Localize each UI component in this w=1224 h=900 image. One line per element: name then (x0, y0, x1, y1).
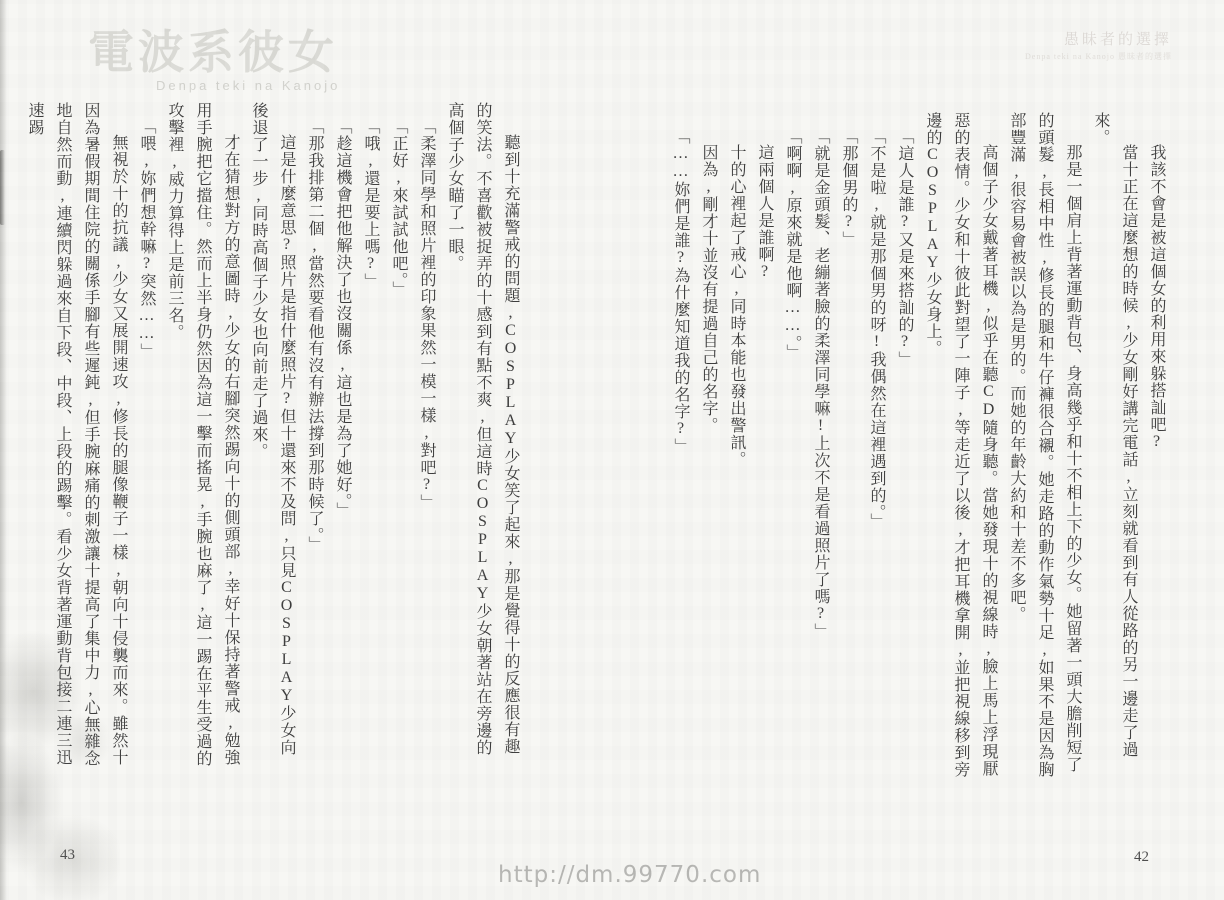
paragraph: 「就是金頭髮、老繃著臉的柔澤同學嘛!上次不是看過照片了嗎?」 (806, 112, 834, 778)
paragraph: 高個子少女戴著耳機,似乎在聽CD隨身聽。當她發現十的視線時,臉上馬上浮現厭惡的表… (918, 112, 1002, 778)
paragraph: 那是一個肩上背著運動背包、身高幾乎和十不相上下的少女。她留著一頭大膽削短了的頭髮… (1002, 112, 1086, 778)
chapter-title: 愚昧者的選擇 (1025, 28, 1172, 49)
spine-dark-mark (0, 150, 5, 225)
paragraph: 「哦,還是要上嗎?」 (356, 102, 384, 768)
watermark-url: http://dm.99770.com (498, 862, 761, 888)
paragraph: 「喂,妳們想幹嘛?突然……」 (132, 102, 160, 768)
paragraph: 「啊啊,原來就是他啊……。」 (778, 112, 806, 778)
paragraph: 「不是啦,就是那個男的呀!我偶然在這裡遇到的。」 (862, 112, 890, 778)
series-logo: 電波系彼女 Denpa teki na Kanojo (88, 16, 340, 93)
chapter-subtitle: Denpa teki na Kanojo 愚昧者的選擇 (1025, 51, 1172, 62)
paragraph: 「那我排第二個,當然要看他有沒有辦法撐到那時候了。」 (300, 102, 328, 768)
page-right-text: 我該不會是被這個女的利用來躲搭訕吧?當十正在這麼想的時候,少女剛好講完電話,立刻… (664, 112, 1170, 778)
series-logo-romaji: Denpa teki na Kanojo (156, 78, 340, 93)
paragraph: 無視於十的抗議,少女又展開速攻,修長的腿像鞭子一樣,朝向十侵襲而來。雖然十因為暑… (20, 102, 132, 768)
paragraph: 「這人是誰?又是來搭訕的?」 (890, 112, 918, 778)
page-number-left: 43 (60, 847, 75, 864)
paragraph: 「正好,來試試他吧。」 (384, 102, 412, 768)
paragraph: 「……妳們是誰?為什麼知道我的名字?」 (666, 112, 694, 778)
paragraph: 「柔澤同學和照片裡的印象果然一模一樣,對吧?」 (412, 102, 440, 768)
paragraph: 這兩個人是誰啊? (750, 112, 778, 778)
paragraph: 才在猜想對方的意圖時,少女的右腳突然踢向十的側頭部,幸好十保持著警戒,勉強用手腕… (160, 102, 244, 768)
paragraph: 十的心裡起了戒心,同時本能也發出警訊。 (722, 112, 750, 778)
scanned-book-spread: { "logo": { "title": "電波系彼女", "romaji": … (0, 0, 1224, 900)
series-logo-title: 電波系彼女 (88, 16, 340, 82)
page-left-text: 聽到十充滿警戒的問題,COSPLAY少女笑了起來,那是覺得十的反應很有趣的笑法。… (46, 102, 524, 768)
paragraph: 因為,剛才十並沒有提過自己的名字。 (694, 112, 722, 778)
page-edge-shadow (0, 0, 7, 900)
paragraph: 聽到十充滿警戒的問題,COSPLAY少女笑了起來,那是覺得十的反應很有趣的笑法。… (440, 102, 524, 768)
paragraph: 「那個男的?」 (834, 112, 862, 778)
paragraph: 我該不會是被這個女的利用來躲搭訕吧? (1142, 112, 1170, 778)
chapter-header: 愚昧者的選擇 Denpa teki na Kanojo 愚昧者的選擇 (1025, 28, 1172, 62)
paragraph: 這是什麼意思?照片是指什麼照片?但十還來不及問,只見COSPLAY少女向後退了一… (244, 102, 300, 768)
paragraph: 當十正在這麼想的時候,少女剛好講完電話,立刻就看到有人從路的另一邊走了過來。 (1086, 112, 1142, 778)
paragraph: 「趁這機會把他解決了也沒關係,這也是為了她好。」 (328, 102, 356, 768)
page-number-right: 42 (1134, 849, 1149, 866)
